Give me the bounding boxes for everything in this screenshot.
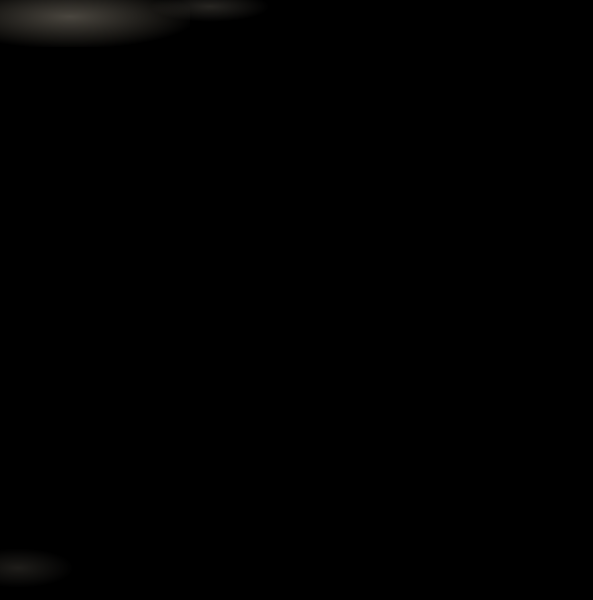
scan-black-border (0, 0, 593, 600)
scanned-death-certificate: NORTH CAROLINA STATE BOARD OF HEALTH BUR… (0, 0, 593, 600)
